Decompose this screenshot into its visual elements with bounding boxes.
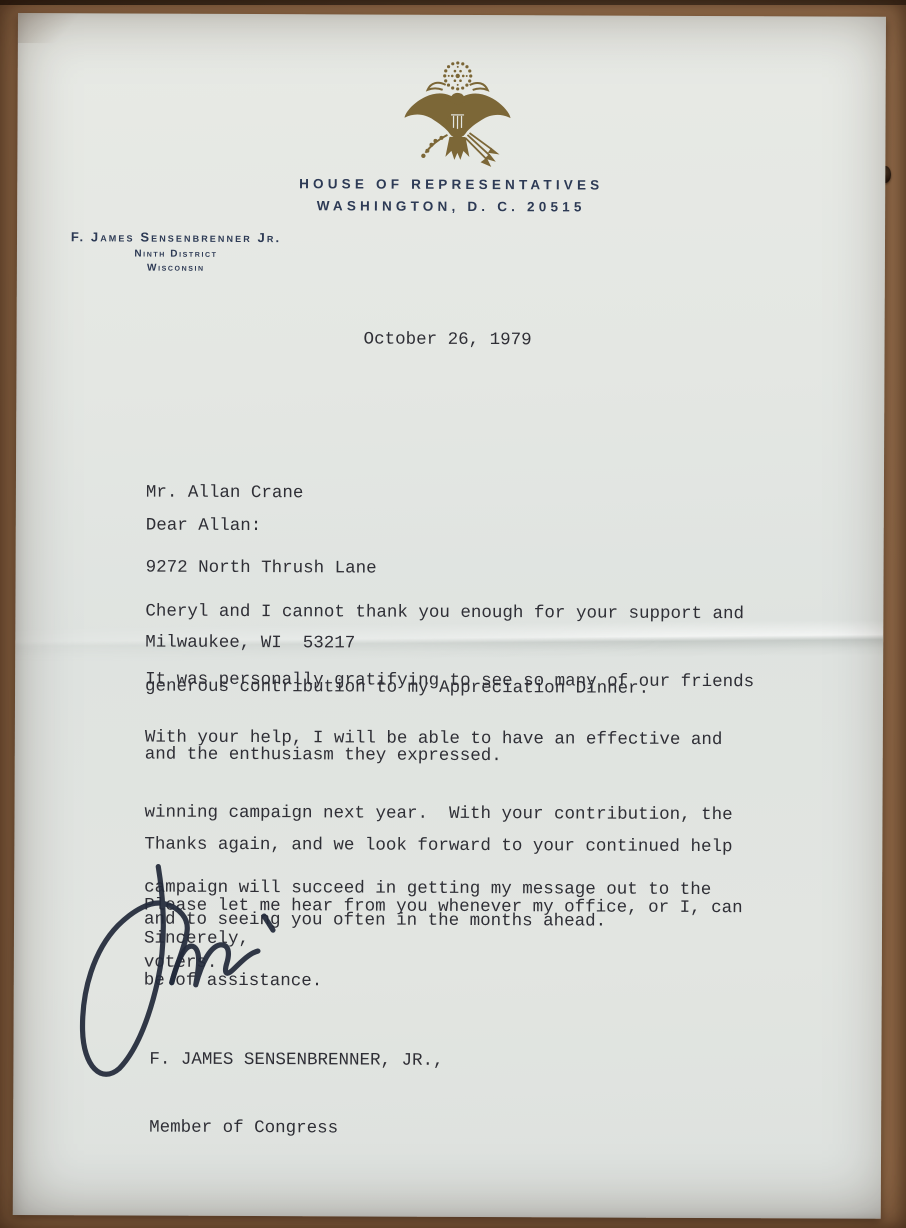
member-district: Ninth District (47, 248, 305, 260)
letter-page: HOUSE OF REPRESENTATIVES WASHINGTON, D. … (13, 13, 886, 1219)
closing: Sincerely, (144, 927, 249, 952)
recipient-name: Mr. Allan Crane (146, 481, 377, 507)
member-state: Wisconsin (47, 262, 305, 274)
corner-bend (18, 13, 108, 43)
letterhead-city: WASHINGTON, D. C. 20515 (17, 197, 885, 216)
member-name: F. James Sensenbrenner Jr. (47, 229, 305, 245)
paragraph-line: With your help, I will be able to have a… (145, 726, 733, 754)
typed-signature-block: F. JAMES SENSENBRENNER, JR., Member of C… (149, 1004, 444, 1185)
typed-signature-title: Member of Congress (149, 1116, 443, 1140)
letter-date: October 26, 1979 (364, 328, 532, 354)
letterhead-title: HOUSE OF REPRESENTATIVES (17, 175, 885, 194)
paragraph-line: Please let me hear from you whenever my … (144, 894, 743, 922)
salutation: Dear Allan: (146, 514, 262, 540)
typed-signature-name: F. JAMES SENSENBRENNER, JR., (149, 1049, 443, 1073)
great-seal-eagle-icon (401, 61, 513, 171)
member-block: F. James Sensenbrenner Jr. Ninth Distric… (47, 229, 305, 274)
photo-background: HOUSE OF REPRESENTATIVES WASHINGTON, D. … (0, 0, 906, 1228)
paragraph-line: be of assistance. (144, 969, 743, 997)
